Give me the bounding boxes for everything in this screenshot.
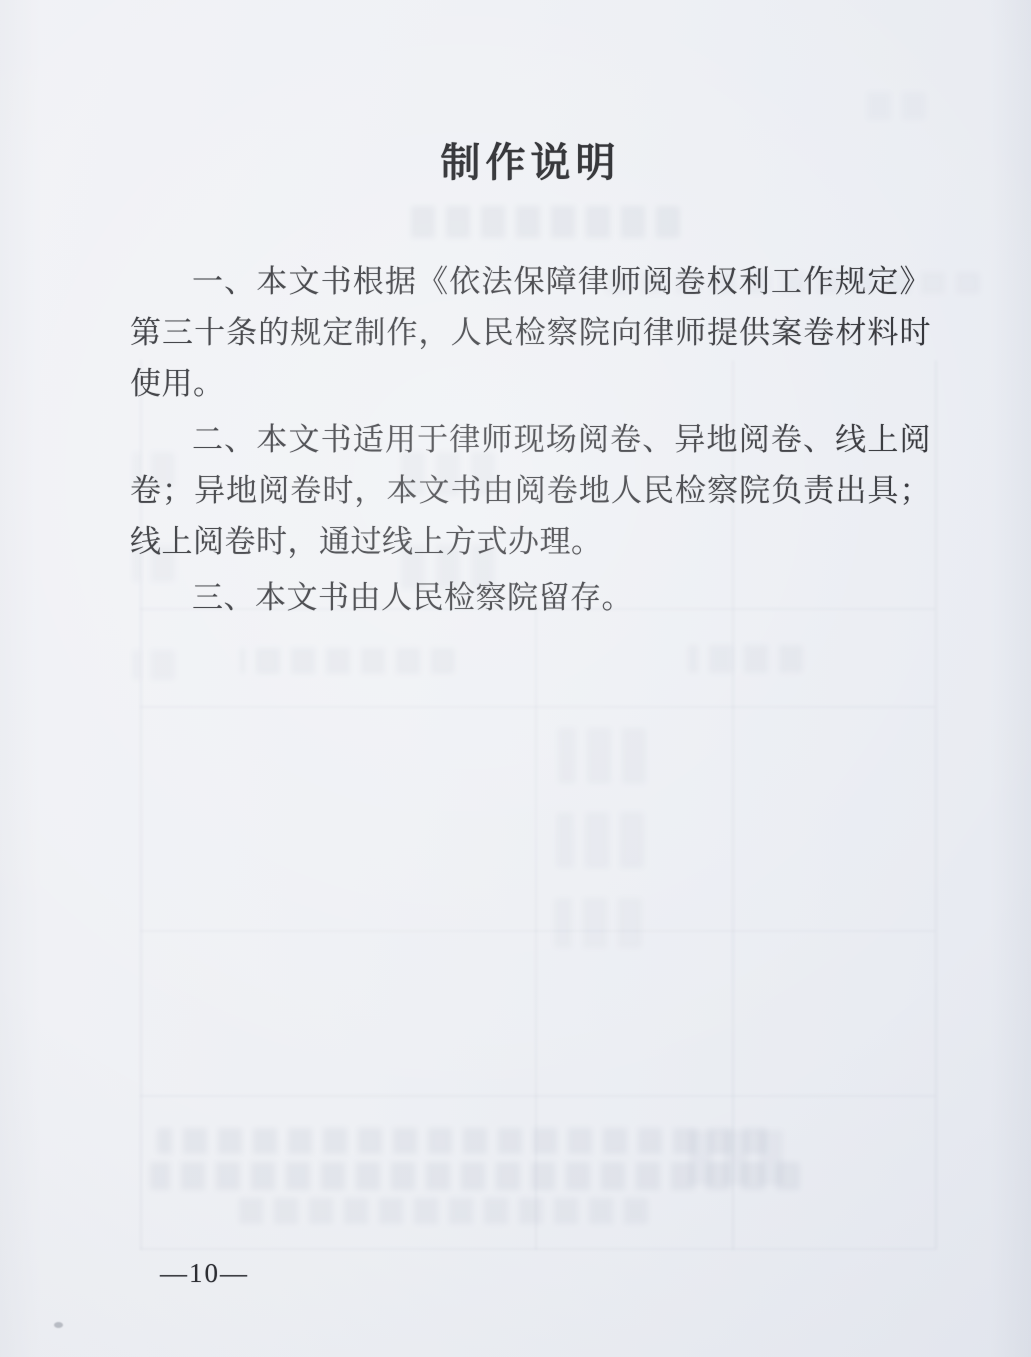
bleedthrough-artifact bbox=[150, 1162, 800, 1190]
bleedthrough-table-line bbox=[140, 1248, 935, 1250]
instruction-paragraph-2: 二、本文书适用于律师现场阅卷、异地阅卷、线上阅卷；异地阅卷时，本文书由阅卷地人民… bbox=[130, 414, 931, 567]
bleedthrough-table-line bbox=[935, 360, 937, 1250]
bleedthrough-artifact bbox=[862, 92, 926, 120]
document-content: 制作说明 一、本文书根据《依法保障律师阅卷权利工作规定》第三十条的规定制作，人民… bbox=[130, 140, 931, 623]
document-title: 制作说明 bbox=[130, 140, 931, 186]
instruction-paragraph-3: 三、本文书由人民检察院留存。 bbox=[130, 572, 931, 623]
page-number: —10— bbox=[160, 1258, 249, 1289]
bleedthrough-table-line bbox=[140, 706, 935, 708]
instruction-paragraph-1: 一、本文书根据《依法保障律师阅卷权利工作规定》第三十条的规定制作，人民检察院向律… bbox=[130, 256, 931, 409]
bleedthrough-artifact bbox=[228, 1198, 648, 1224]
scanned-document-page: 制作说明 一、本文书根据《依法保障律师阅卷权利工作规定》第三十条的规定制作，人民… bbox=[0, 0, 1031, 1357]
bleedthrough-artifact bbox=[157, 1128, 767, 1154]
bleedthrough-artifact bbox=[683, 1130, 783, 1185]
bleedthrough-table-line bbox=[535, 600, 537, 1250]
bleedthrough-artifact bbox=[133, 650, 175, 680]
bleedthrough-table-line bbox=[140, 1095, 935, 1097]
bleedthrough-artifact bbox=[554, 898, 642, 948]
bleedthrough-artifact bbox=[688, 645, 803, 673]
bleedthrough-artifact bbox=[240, 648, 455, 674]
bleedthrough-artifact bbox=[556, 812, 644, 868]
scan-speck bbox=[54, 1322, 63, 1328]
bleedthrough-artifact bbox=[558, 728, 646, 784]
bleedthrough-table-line bbox=[140, 930, 935, 932]
